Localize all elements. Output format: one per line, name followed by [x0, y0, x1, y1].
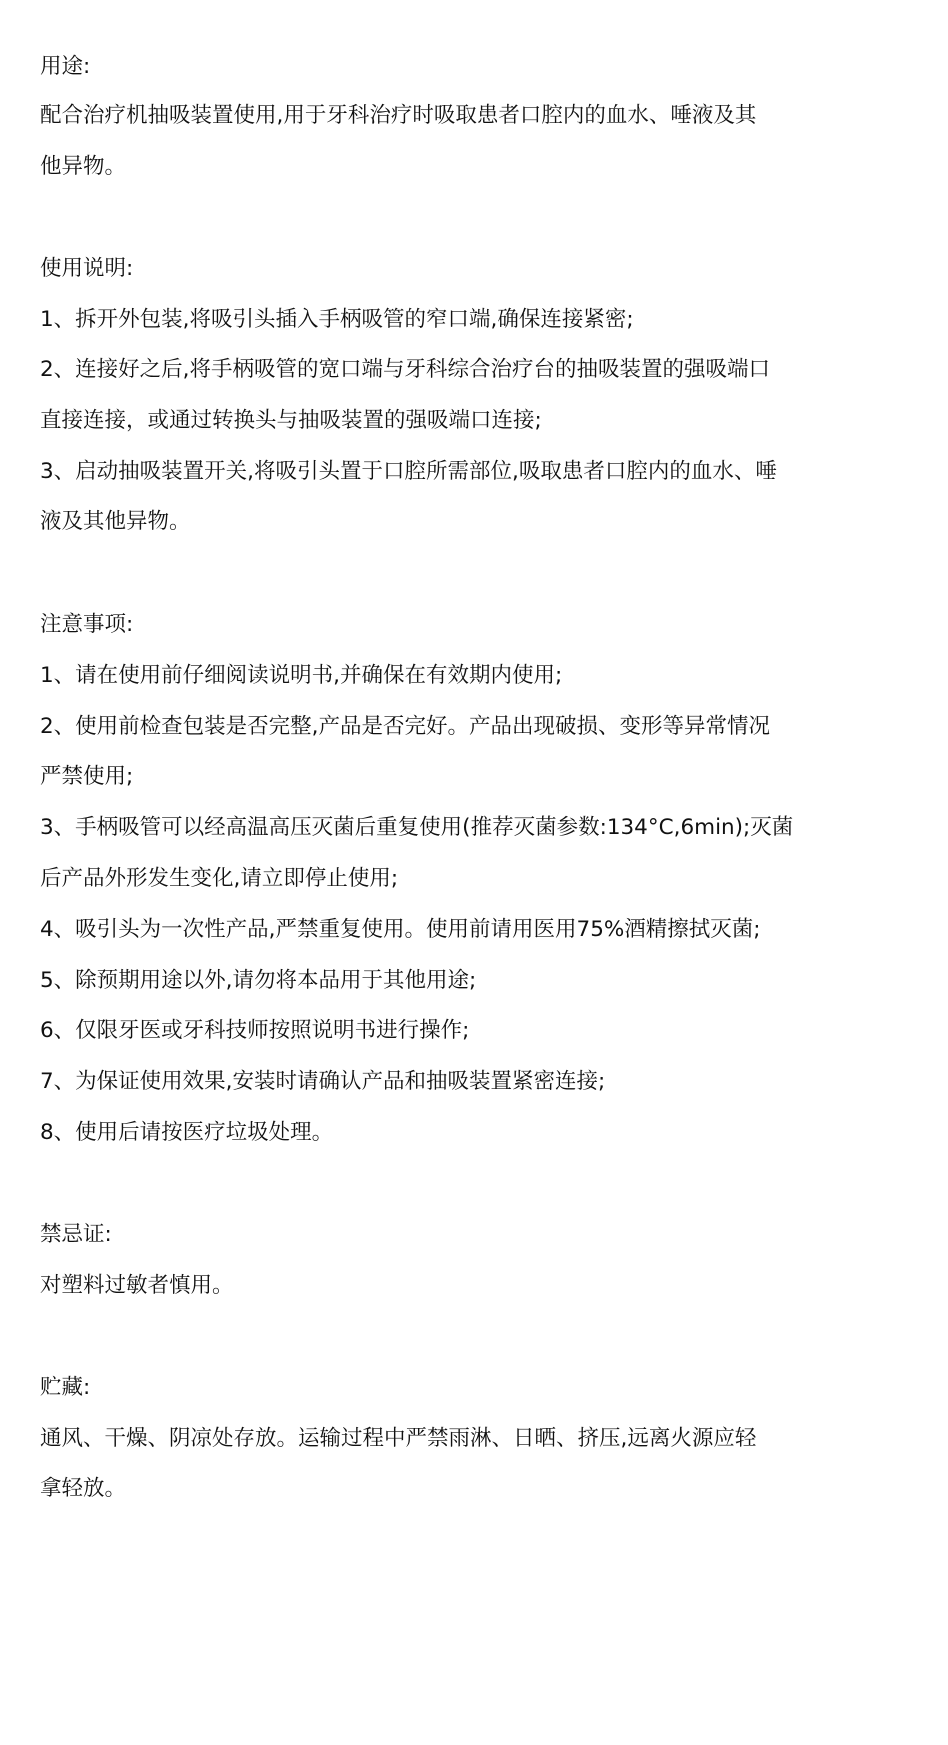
- section-heading-storage: 贮藏:: [40, 1373, 90, 1403]
- storage-line: 通风、干燥、阴凉处存放。运输过程中严禁雨淋、日晒、挤压,远离火源应轻: [40, 1424, 756, 1454]
- instruction-line: 液及其他异物。: [40, 507, 191, 537]
- usage-line: 他异物。: [40, 152, 126, 182]
- precaution-line: 7、为保证使用效果,安装时请确认产品和抽吸装置紧密连接;: [40, 1067, 605, 1097]
- precaution-line: 严禁使用;: [40, 762, 133, 792]
- precaution-line: 8、使用后请按医疗垃圾处理。: [40, 1118, 333, 1148]
- precaution-line: 5、除预期用途以外,请勿将本品用于其他用途;: [40, 966, 476, 996]
- section-heading-instructions: 使用说明:: [40, 254, 133, 284]
- precaution-line: 2、使用前检查包装是否完整,产品是否完好。产品出现破损、变形等异常情况: [40, 712, 770, 742]
- precaution-line: 6、仅限牙医或牙科技师按照说明书进行操作;: [40, 1016, 469, 1046]
- instruction-line: 2、连接好之后,将手柄吸管的宽口端与牙科综合治疗台的抽吸装置的强吸端口: [40, 355, 770, 385]
- instruction-line: 1、拆开外包装,将吸引头插入手柄吸管的窄口端,确保连接紧密;: [40, 305, 634, 335]
- section-heading-precautions: 注意事项:: [40, 610, 133, 640]
- precaution-line: 后产品外形发生变化,请立即停止使用;: [40, 864, 398, 894]
- instruction-line: 直接连接，或通过转换头与抽吸装置的强吸端口连接;: [40, 406, 542, 436]
- instruction-line: 3、启动抽吸装置开关,将吸引头置于口腔所需部位,吸取患者口腔内的血水、唾: [40, 457, 777, 487]
- section-heading-contraindications: 禁忌证:: [40, 1220, 112, 1250]
- precaution-line: 3、手柄吸管可以经高温高压灭菌后重复使用(推荐灭菌参数:134°C,6min);…: [40, 813, 793, 843]
- precaution-line: 4、吸引头为一次性产品,严禁重复使用。使用前请用医用75%酒精擦拭灭菌;: [40, 915, 761, 945]
- precaution-line: 1、请在使用前仔细阅读说明书,并确保在有效期内使用;: [40, 661, 562, 691]
- contraindication-line: 对塑料过敏者慎用。: [40, 1271, 234, 1301]
- usage-line: 配合治疗机抽吸装置使用,用于牙科治疗时吸取患者口腔内的血水、唾液及其: [40, 101, 756, 131]
- storage-line: 拿轻放。: [40, 1474, 126, 1504]
- section-heading-usage: 用途:: [40, 52, 90, 82]
